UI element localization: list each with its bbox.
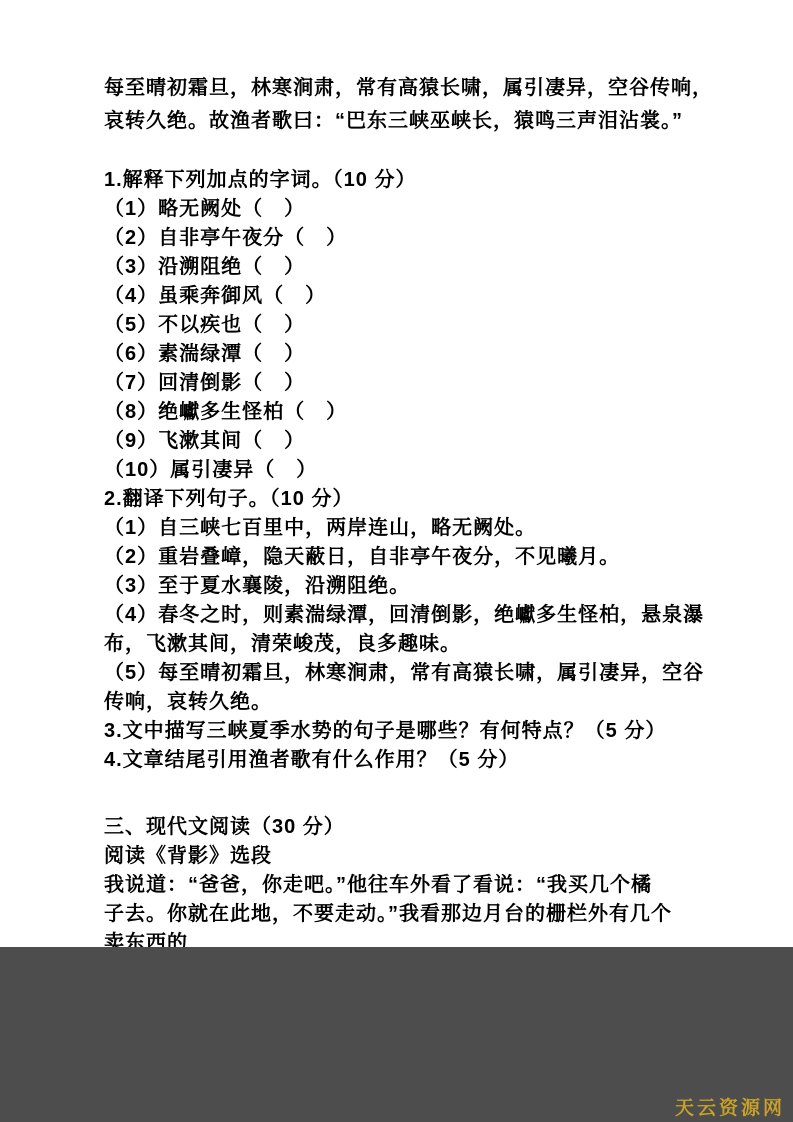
watermark: 天云资源网 (675, 1093, 785, 1120)
question-4: 4.文章结尾引用渔者歌有什么作用？（5 分） (104, 746, 715, 775)
question-2-item: （3）至于夏水襄陵，沿溯阻绝。 (104, 572, 715, 601)
question-2-item: （4）春冬之时，则素湍绿潭，回清倒影，绝巘多生怪柏，悬泉瀑 (104, 601, 715, 630)
reading-passage-line: 子去。你就在此地，不要走动。”我看那边月台的栅栏外有几个 (104, 900, 715, 929)
question-1-item: （10）属引凄异（ ） (104, 456, 715, 485)
section-3-title: 三、现代文阅读（30 分） (104, 813, 715, 842)
passage-line: 哀转久绝。故渔者歌曰：“巴东三峡巫峡长，猿鸣三声泪沾裳。” (104, 105, 715, 138)
exam-page: 每至晴初霜旦，林寒涧肃，常有高猿长啸，属引凄异，空谷传响， 哀转久绝。故渔者歌曰… (0, 0, 793, 1122)
question-1-title: 1.解释下列加点的字词。（10 分） (104, 166, 715, 195)
question-1-item: （1）略无阙处（ ） (104, 195, 715, 224)
question-1-item: （8）绝巘多生怪柏（ ） (104, 398, 715, 427)
question-1-item: （2）自非亭午夜分（ ） (104, 224, 715, 253)
question-3: 3.文中描写三峡夏季水势的句子是哪些？有何特点？（5 分） (104, 717, 715, 746)
exam-text-block: 每至晴初霜旦，林寒涧肃，常有高猿长啸，属引凄异，空谷传响， 哀转久绝。故渔者歌曰… (104, 0, 715, 958)
question-1-item: （9）飞漱其间（ ） (104, 427, 715, 456)
question-1-item: （7）回清倒影（ ） (104, 369, 715, 398)
question-2-item: （5）每至晴初霜旦，林寒涧肃，常有高猿长啸，属引凄异，空谷 (104, 659, 715, 688)
question-2-item: （2）重岩叠嶂，隐天蔽日，自非亭午夜分，不见曦月。 (104, 543, 715, 572)
question-2-item-continuation: 传响，哀转久绝。 (104, 688, 715, 717)
question-1-item: （6）素湍绿潭（ ） (104, 340, 715, 369)
question-1-item: （3）沿溯阻绝（ ） (104, 253, 715, 282)
question-2-item-continuation: 布，飞漱其间，清荣峻茂，良多趣味。 (104, 630, 715, 659)
question-1-item: （5）不以疾也（ ） (104, 311, 715, 340)
question-1-item: （4）虽乘奔御风（ ） (104, 282, 715, 311)
passage-line: 每至晴初霜旦，林寒涧肃，常有高猿长啸，属引凄异，空谷传响， (104, 72, 715, 105)
question-2-title: 2.翻译下列句子。（10 分） (104, 485, 715, 514)
question-2-item: （1）自三峡七百里中，两岸连山，略无阙处。 (104, 514, 715, 543)
section-3-subtitle: 阅读《背影》选段 (104, 842, 715, 871)
censored-band: 天云资源网 (0, 947, 793, 1122)
reading-passage-line: 我说道：“爸爸，你走吧。”他往车外看了看说：“我买几个橘 (104, 871, 715, 900)
